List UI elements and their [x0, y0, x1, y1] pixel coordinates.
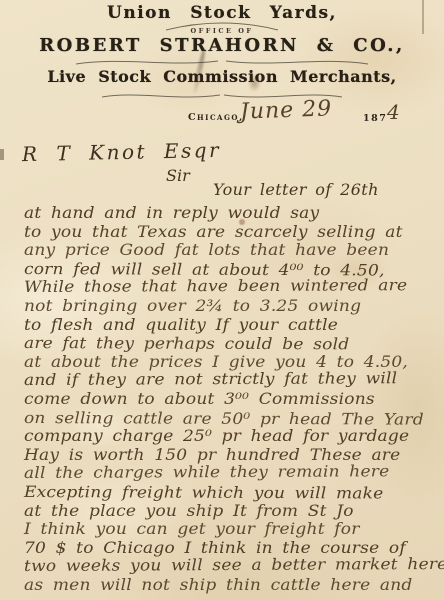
handwritten-date: June 29	[240, 96, 333, 124]
body-line: Excepting freight which you will make	[24, 483, 444, 503]
body-line: company charge 25⁰ pr head for yardage	[24, 427, 444, 446]
company-name: ROBERT STRAHORN & CO.,	[0, 35, 444, 56]
body-line: two weeks you will see a better market h…	[24, 555, 444, 576]
city-label: Chicago,	[188, 112, 244, 123]
left-edge-mark	[0, 149, 4, 160]
body-line: are fat they perhaps could be sold	[24, 334, 444, 354]
office-of-label: OFFICE OF	[0, 27, 444, 35]
body-line: to you that Texas are scarcely selling a…	[24, 223, 444, 242]
merchants-line: Live Stock Commission Merchants,	[0, 67, 444, 86]
body-line: and if they are not strictly fat they wi…	[24, 369, 444, 390]
recipient-line: R T Knot Esqr	[22, 138, 222, 166]
body-line: any price Good fat lots that have been	[24, 241, 444, 260]
letter-scan: Union Stock Yards, OFFICE OF ROBERT STRA…	[0, 0, 444, 600]
body-line: come down to about 3⁰⁰ Commissions	[24, 390, 444, 409]
body-line: at hand and in reply would say	[24, 204, 444, 223]
printed-year-prefix: 187	[363, 113, 387, 124]
letter-body: at hand and in reply would say to you th…	[24, 204, 434, 594]
body-line: While those that have been wintered are	[24, 276, 444, 297]
body-line: all the charges while they remain here	[24, 462, 444, 483]
salutation: Sir	[166, 166, 190, 185]
body-line: as men will not ship thin cattle here an…	[24, 576, 444, 595]
body-line: not bringing over 2¾ to 3.25 owing	[24, 297, 444, 316]
body-line: I think you can get your freight for	[24, 520, 444, 539]
opening-phrase: Your letter of 26th	[213, 180, 379, 199]
handwritten-year-digit: 4	[387, 100, 400, 124]
body-line: to flesh and quality If your cattle	[24, 316, 444, 335]
body-line: at the place you ship It from St Jo	[24, 502, 444, 521]
body-line: on selling cattle are 50⁰ pr head The Ya…	[24, 409, 444, 429]
